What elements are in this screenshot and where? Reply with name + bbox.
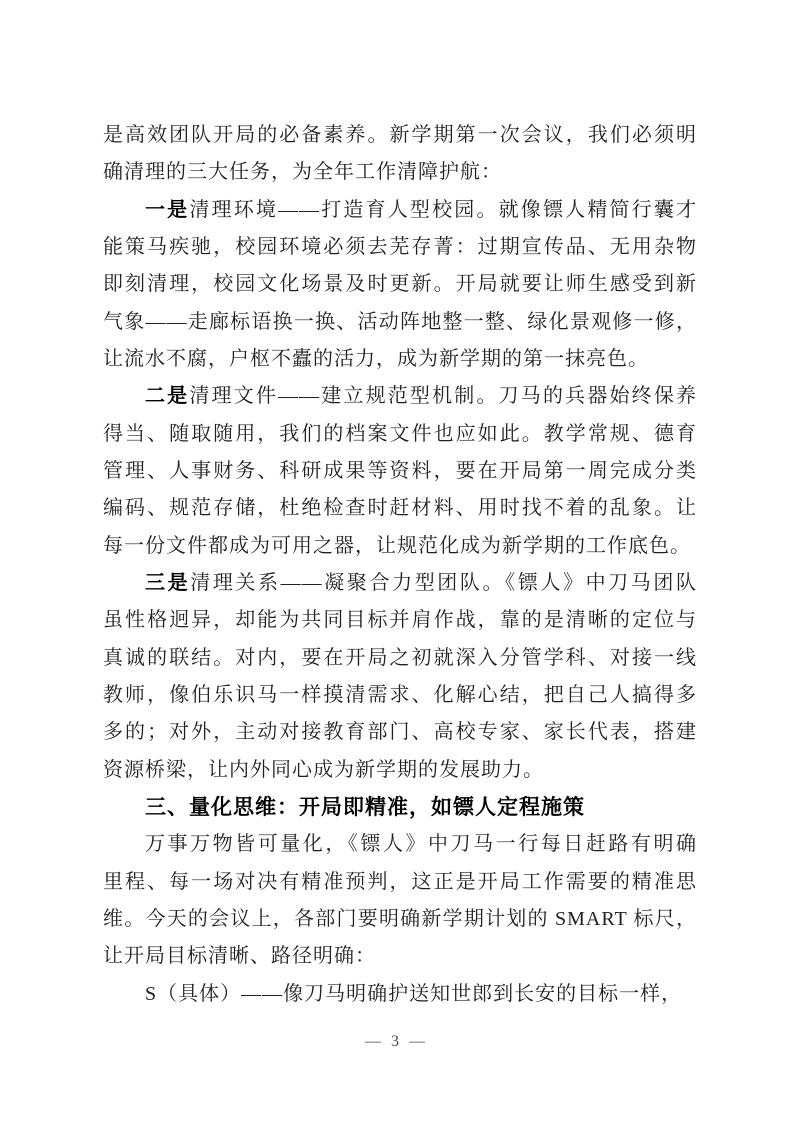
text-line: 三是清理关系——凝聚合力型团队。《镖人》中刀马团队 (103, 565, 697, 602)
paragraph: 三是清理关系——凝聚合力型团队。《镖人》中刀马团队虽性格迥异，却能为共同目标并肩… (103, 565, 697, 789)
text-line: S（具体）——像刀马明确护送知世郎到长安的目标一样， (103, 976, 697, 1013)
text-line: 气象——走廊标语换一换、活动阵地整一整、绿化景观修一修， (103, 304, 697, 341)
text-line: 资源桥梁，让内外同心成为新学期的发展助力。 (103, 752, 697, 789)
text-line: 虽性格迥异，却能为共同目标并肩作战，靠的是清晰的定位与 (103, 602, 697, 639)
text-line: 让流水不腐，户枢不蠹的活力，成为新学期的第一抹亮色。 (103, 341, 697, 378)
text-line: 教师，像伯乐识马一样摸清需求、化解心结，把自己人搞得多 (103, 677, 697, 714)
text-line: 万事万物皆可量化，《镖人》中刀马一行每日赶路有明确 (103, 826, 697, 863)
text-line: 即刻清理，校园文化场景及时更新。开局就要让师生感受到新 (103, 266, 697, 303)
paragraph: 万事万物皆可量化，《镖人》中刀马一行每日赶路有明确里程、每一场对决有精准预判，这… (103, 826, 697, 975)
paragraph: 是高效团队开局的必备素养。新学期第一次会议，我们必须明确清理的三大任务，为全年工… (103, 117, 697, 192)
bold-lead: 二是 (145, 385, 189, 407)
document-page: 是高效团队开局的必备素养。新学期第一次会议，我们必须明确清理的三大任务，为全年工… (0, 0, 793, 1122)
paragraph: S（具体）——像刀马明确护送知世郎到长安的目标一样， (103, 976, 697, 1013)
text-line: 能策马疾驰，校园环境必须去芜存菁：过期宣传品、无用杂物 (103, 229, 697, 266)
document-body: 是高效团队开局的必备素养。新学期第一次会议，我们必须明确清理的三大任务，为全年工… (103, 117, 697, 1013)
text-line: 真诚的联结。对内，要在开局之初就深入分管学科、对接一线 (103, 640, 697, 677)
text-line: 是高效团队开局的必备素养。新学期第一次会议，我们必须明 (103, 117, 697, 154)
text-line: 里程、每一场对决有精准预判，这正是开局工作需要的精准思 (103, 864, 697, 901)
text-line: 二是清理文件——建立规范型机制。刀马的兵器始终保养 (103, 378, 697, 415)
text-line: 一是清理环境——打造育人型校园。就像镖人精简行囊才 (103, 192, 697, 229)
paragraph: 一是清理环境——打造育人型校园。就像镖人精简行囊才能策马疾驰，校园环境必须去芜存… (103, 192, 697, 379)
text-line: 让开局目标清晰、路径明确： (103, 938, 697, 975)
section-heading: 三、量化思维：开局即精准，如镖人定程施策 (103, 789, 697, 826)
text-line: 编码、规范存储，杜绝检查时赶材料、用时找不着的乱象。让 (103, 490, 697, 527)
page-number: — 3 — (0, 1033, 793, 1051)
text-line: 每一份文件都成为可用之器，让规范化成为新学期的工作底色。 (103, 528, 697, 565)
text-line: 得当、随取随用，我们的档案文件也应如此。教学常规、德育 (103, 416, 697, 453)
paragraph: 二是清理文件——建立规范型机制。刀马的兵器始终保养得当、随取随用，我们的档案文件… (103, 378, 697, 565)
text-line: 维。今天的会议上，各部门要明确新学期计划的 SMART 标尺， (103, 901, 697, 938)
text-line: 管理、人事财务、科研成果等资料，要在开局第一周完成分类 (103, 453, 697, 490)
bold-lead: 一是 (145, 199, 189, 221)
text-line: 多的；对外，主动对接教育部门、高校专家、家长代表，搭建 (103, 714, 697, 751)
text-line: 确清理的三大任务，为全年工作清障护航： (103, 154, 697, 191)
bold-lead: 三是 (145, 572, 190, 594)
